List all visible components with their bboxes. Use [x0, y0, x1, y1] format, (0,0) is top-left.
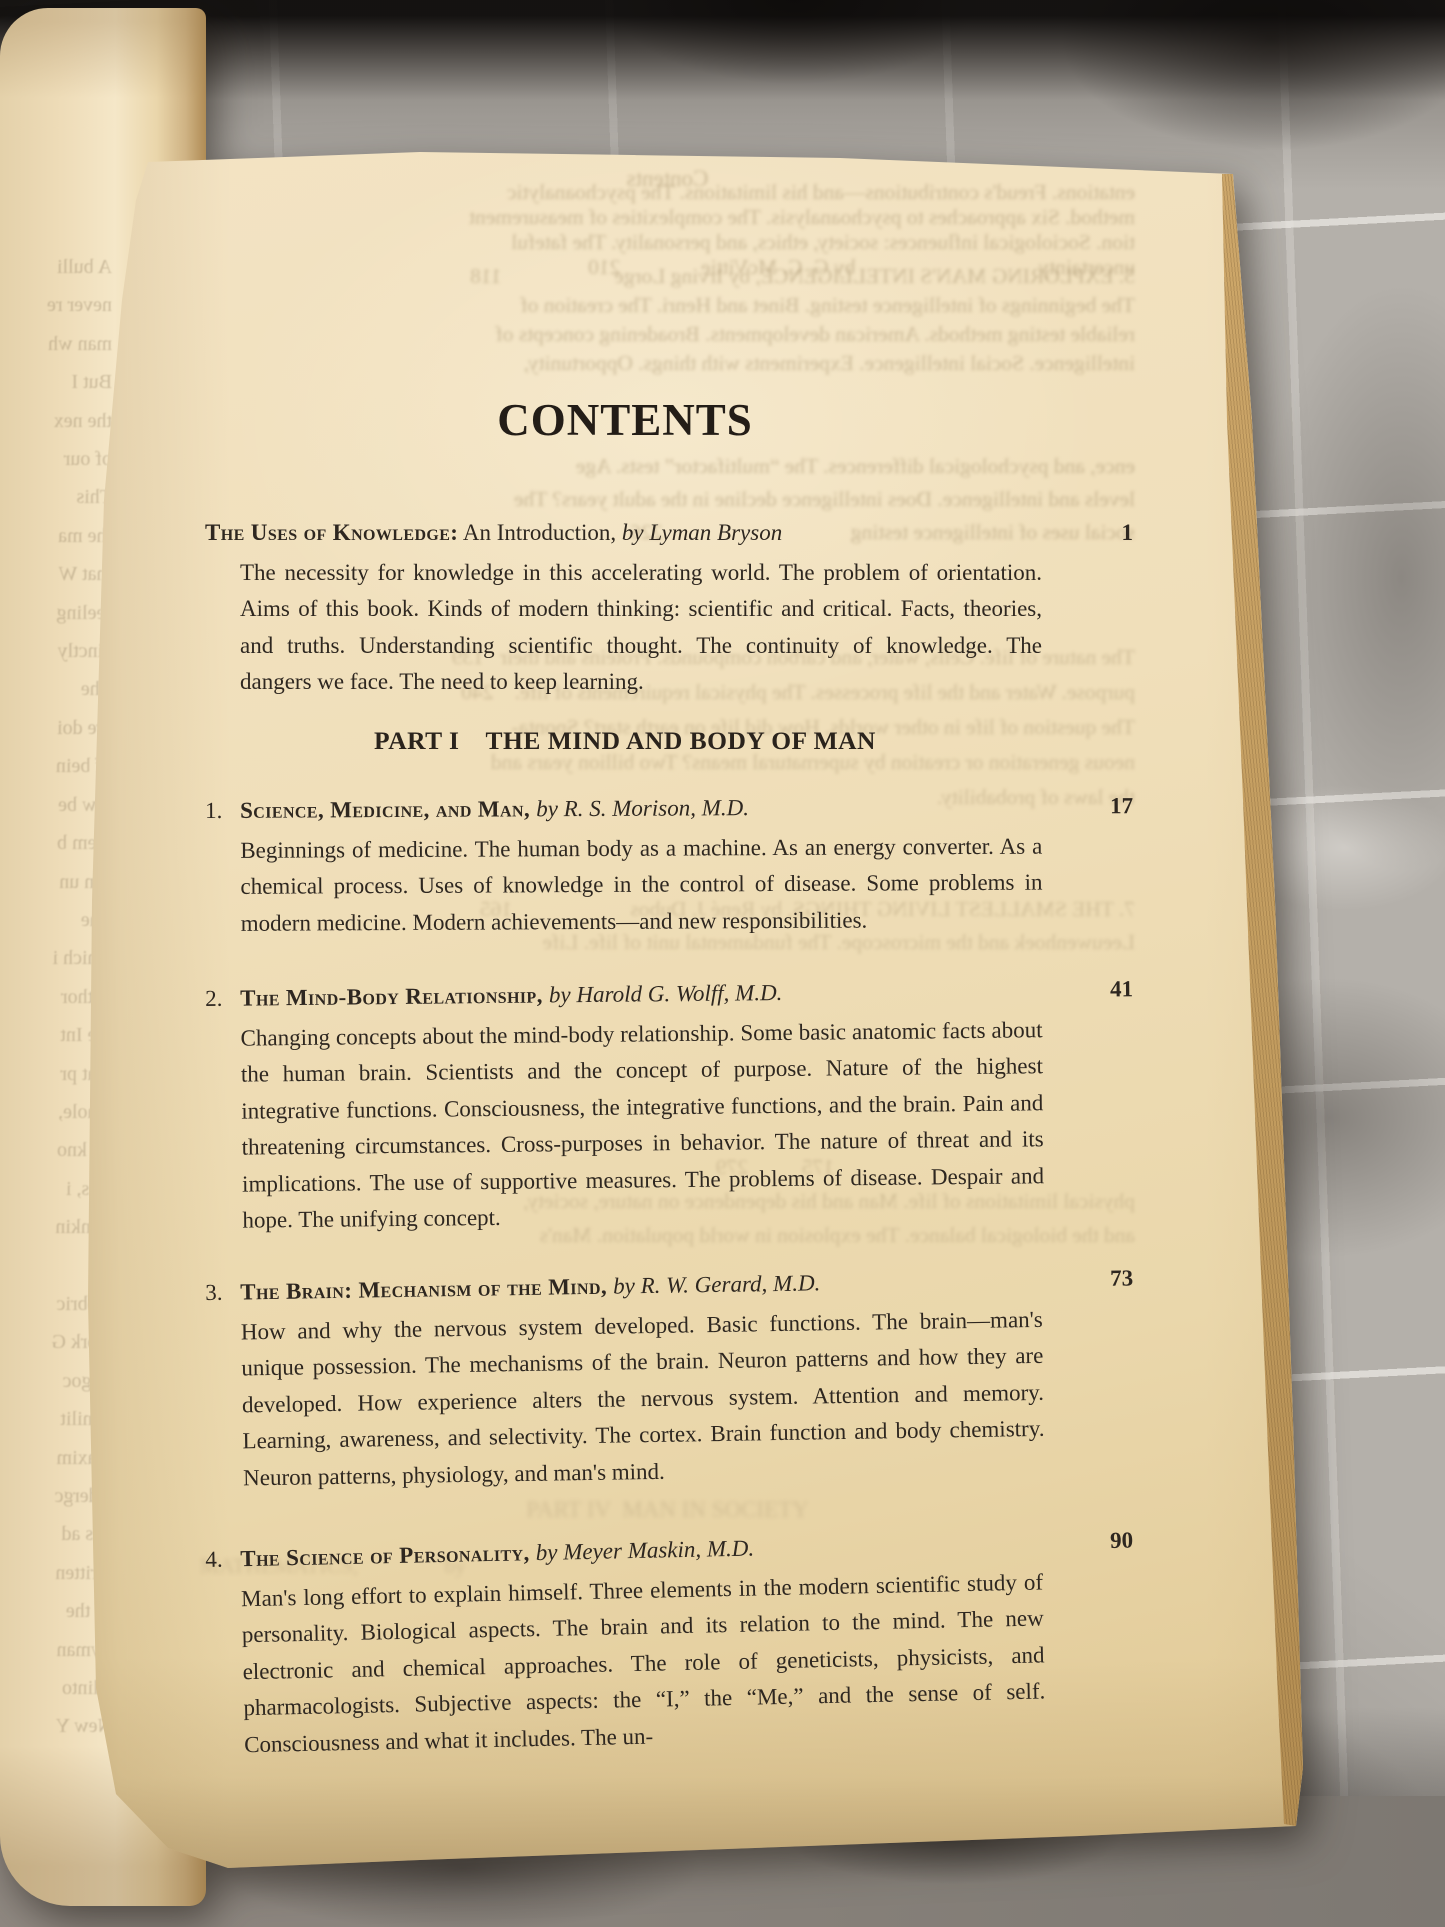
showthrough-fragment: feeling [0, 594, 112, 632]
toc-entry-4: 4. The Science of Personality, by Meyer … [205, 1526, 1137, 1764]
ghost-line: 5. EXPLORING MAN'S INTELLIGENCE, by Irvi… [200, 262, 1135, 291]
showthrough-running-head: xiii Contents [200, 116, 1135, 150]
toc-entry-1: 1. Science, Medicine, and Man, by R. S. … [205, 791, 1134, 942]
part-title: THE MIND AND BODY OF MAN [485, 726, 875, 755]
showthrough-fragment: of our [0, 440, 112, 478]
ghost-line: entations. Freud's contributions—and his… [200, 180, 1135, 205]
toc-entry-number: 4. [205, 1544, 241, 1575]
toc-entry-number: 3. [205, 1277, 240, 1308]
toc-entry-byline: by Meyer Maskin, M.D. [535, 1536, 754, 1566]
showthrough-fragment: the nex [0, 402, 112, 440]
showthrough-fragment: never re [0, 286, 112, 324]
showthrough-folio: xiii [1078, 116, 1109, 141]
toc-entry-description: Beginnings of medicine. The human body a… [240, 829, 1043, 942]
showthrough-fragment: man wh [0, 325, 112, 363]
toc-entry-page-number: 73 [1100, 1263, 1133, 1294]
toc-entry-description: How and why the nervous system developed… [241, 1302, 1046, 1497]
toc-entry-byline: by R. S. Morison, M.D. [536, 795, 749, 821]
toc-entry-byline: by R. W. Gerard, M.D. [613, 1270, 821, 1298]
toc-entry-heading: The Uses of Knowledge: An Introduction, … [205, 518, 1133, 548]
toc-entry-heading: 1. Science, Medicine, and Man, by R. S. … [205, 791, 1133, 826]
showthrough-fragment: the ma [0, 517, 112, 555]
ghost-line: method. Six approaches to psychoanalysis… [200, 205, 1135, 230]
toc-entry-description: Changing concepts about the mind-body re… [240, 1012, 1044, 1239]
toc-entry-title: The Science of Personality, [240, 1540, 536, 1571]
showthrough-fragment: A bulli [0, 248, 112, 286]
ghost-line: The beginnings of intelligence testing. … [200, 291, 1135, 320]
toc-entry-page-number: 1 [1112, 518, 1134, 548]
toc-entry-description: Man's long effort to explain himself. Th… [241, 1564, 1047, 1763]
toc-entry-2: 2. The Mind-Body Relationship, by Harold… [205, 974, 1136, 1239]
toc-entry-description: The necessity for knowledge in this acce… [240, 555, 1042, 701]
ghost-line: tion. Sociological influences: society, … [200, 230, 1135, 255]
toc-entry-byline: by Lyman Bryson [622, 520, 782, 545]
showthrough-part4-heading: PART IV MAN IN SOCIETY [200, 1497, 1135, 1522]
open-book: A bullinever reman whBut Ithe nexof ourT… [0, 0, 1445, 1927]
showthrough-fragment: of bein [0, 747, 112, 785]
ghost-line: intelligence. Social intelligence. Exper… [200, 349, 1135, 378]
showthrough-fragment: cinctly [0, 632, 112, 670]
showthrough-fragment: This [0, 478, 112, 516]
toc-entry-title: Science, Medicine, and Man, [240, 796, 536, 823]
toc-entry-page-number: 90 [1100, 1526, 1134, 1557]
toc-entry-page-number: 41 [1100, 974, 1133, 1004]
ghost-line: reliable testing methods. American devel… [200, 320, 1135, 349]
toc-entry-title: The Brain: Mechanism of the Mind, [240, 1274, 613, 1305]
showthrough-fragment: New Y [0, 1707, 112, 1745]
toc-entry-byline: by Harold G. Wolff, M.D. [549, 980, 783, 1007]
showthrough-fragment: Clinto [0, 1669, 112, 1707]
showthrough-fragment: But I [0, 363, 112, 401]
toc-entry-introduction: The Uses of Knowledge: An Introduction, … [205, 518, 1133, 701]
part-label: PART I [374, 726, 459, 755]
page-title: CONTENTS [205, 394, 1045, 446]
toc-entry-3: 3. The Brain: Mechanism of the Mind, by … [205, 1263, 1136, 1497]
ghost-line: ence, and psychological differences. The… [200, 450, 1135, 483]
toc-entry-subtitle: An Introduction, [458, 520, 622, 545]
part-one-heading: PART ITHE MIND AND BODY OF MAN [205, 726, 1045, 756]
ghost-line: levels and intelligence. Does intelligen… [200, 483, 1135, 516]
toc-entry-title: The Mind-Body Relationship, [240, 982, 549, 1010]
showthrough-fragment: The [0, 670, 112, 708]
showthrough-band: 5. EXPLORING MAN'S INTELLIGENCE, by Irvi… [200, 262, 1135, 378]
toc-entry-number: 1. [205, 796, 240, 826]
toc-entry-title: The Uses of Knowledge: [205, 520, 458, 545]
book-photo: A bullinever reman whBut Ithe nexof ourT… [0, 0, 1445, 1927]
toc-entry-page-number: 17 [1100, 791, 1133, 821]
toc-entry-number: 2. [205, 984, 240, 1014]
showthrough-fragment: that W [0, 555, 112, 593]
showthrough-fragment: are doi [0, 709, 112, 747]
contents-page: xiii Contents entations. Freud's contrib… [0, 0, 1445, 1927]
ghost-line: PART IV MAN IN SOCIETY [200, 1497, 1135, 1522]
